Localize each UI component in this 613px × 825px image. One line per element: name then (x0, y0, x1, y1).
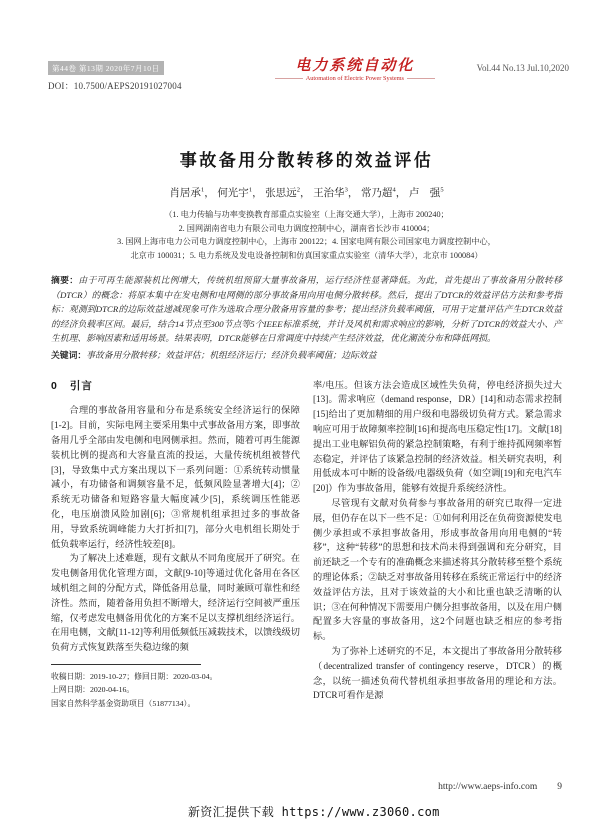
two-column-body: 0引言 合理的事故备用容量和分布是系统安全经济运行的保障[1-2]。目前，实际电… (51, 378, 562, 711)
journal-name-en: Automation of Electric Power Systems (306, 75, 404, 82)
left-column: 0引言 合理的事故备用容量和分布是系统安全经济运行的保障[1-2]。目前，实际电… (51, 378, 300, 711)
issue-info-en: Vol.44 No.13 Jul.10,2020 (477, 63, 569, 73)
paragraph: 率/电压。但该方法会造成区域性失负荷，停电经济损失过大[13]。需求响应（dem… (313, 378, 562, 496)
header-left: 第44卷 第13期 2020年7月10日 DOI：10.7500/AEPS201… (48, 58, 233, 92)
section-heading: 0引言 (51, 379, 300, 394)
journal-name-en-row: Automation of Electric Power Systems (275, 75, 435, 82)
journal-page: 第44卷 第13期 2020年7月10日 DOI：10.7500/AEPS201… (0, 0, 613, 825)
article-title: 事故备用分散转移的效益评估 (51, 146, 562, 171)
journal-name-cn: 电力系统自动化 (275, 58, 435, 74)
keywords-text: 事故备用分散转移；效益评估；机组经济运行；经济负载率阈值；边际效益 (86, 350, 376, 360)
affiliations: （1. 电力传输与功率变换教育部重点实验室（上海交通大学），上海市 200240… (51, 208, 562, 262)
author: 肖居承1， (169, 188, 214, 199)
keywords-label: 关键词： (51, 350, 86, 360)
page-number: 9 (557, 782, 562, 792)
right-column: 率/电压。但该方法会造成区域性失负荷，停电经济损失过大[13]。需求响应（dem… (313, 378, 562, 711)
affiliation-line: 3. 国网上海市电力公司电力调度控制中心，上海市 200122；4. 国家电网有… (51, 235, 562, 249)
footnote-block: 收稿日期：2019-10-27；修回日期：2020-03-04。 上网日期：20… (51, 664, 300, 711)
doi: DOI：10.7500/AEPS20191027004 (48, 79, 233, 92)
author-line: 肖居承1， 何光宇1， 张思远2， 王治华3， 常乃超4， 卢 强5 (51, 185, 562, 200)
section-title: 引言 (70, 380, 93, 392)
paragraph: 合理的事故备用容量和分布是系统安全经济运行的保障[1-2]。目前，实际电网主要采… (51, 403, 300, 551)
affiliation-line: （1. 电力传输与功率变换教育部重点实验室（上海交通大学），上海市 200240… (51, 208, 562, 222)
abstract-label: 摘要： (51, 275, 78, 285)
watermark-download-link[interactable]: 新资汇提供下载 https://www.z3060.com (188, 803, 440, 820)
abstract-text: 由于可再生能源装机比例增大，传统机组预留大量事故备用，运行经济性显著降低。为此，… (51, 275, 562, 343)
footnote-rule (51, 664, 201, 665)
affiliation-line: 北京市 100031；5. 电力系统及发电设备控制和仿真国家重点实验室（清华大学… (51, 249, 562, 263)
article-body: 事故备用分散转移的效益评估 肖居承1， 何光宇1， 张思远2， 王治华3， 常乃… (51, 146, 562, 710)
paragraph: 为了弥补上述研究的不足，本文提出了事故备用分散转移（decentralized … (313, 644, 562, 703)
footnote-received-date: 收稿日期：2019-10-27；修回日期：2020-03-04。 (51, 670, 300, 684)
journal-url-link[interactable]: http://www.aeps-info.com (438, 782, 537, 792)
divider-line (407, 78, 435, 79)
paragraph: 为了解决上述难题，现有文献从不同角度展开了研究。在发电侧备用优化管理方面，文献[… (51, 551, 300, 655)
paragraph: 尽管现有文献对负荷参与事故备用的研究已取得一定进展，但仍存在以下一些不足：①如何… (313, 496, 562, 644)
divider-line (275, 78, 303, 79)
journal-header: 第44卷 第13期 2020年7月10日 DOI：10.7500/AEPS201… (48, 58, 569, 92)
footnote-funding: 国家自然科学基金资助项目（51877134）。 (51, 697, 300, 711)
author: 卢 强5 (409, 188, 444, 199)
issue-info-cn: 第44卷 第13期 2020年7月10日 (48, 61, 164, 75)
affiliation-line: 2. 国网湖南省电力有限公司电力调度控制中心，湖南省长沙市 410004； (51, 222, 562, 236)
author: 常乃超4， (361, 188, 406, 199)
author: 王治华3， (313, 188, 358, 199)
abstract: 摘要：由于可再生能源装机比例增大，传统机组预留大量事故备用，运行经济性显著降低。… (51, 273, 562, 346)
keywords: 关键词：事故备用分散转移；效益评估；机组经济运行；经济负载率阈值；边际效益 (51, 348, 562, 363)
author: 张思远2， (265, 188, 310, 199)
section-number: 0 (51, 380, 57, 392)
journal-logo: 电力系统自动化 Automation of Electric Power Sys… (275, 58, 435, 82)
author: 何光宇1， (217, 188, 262, 199)
footnote-online-date: 上网日期：2020-04-16。 (51, 683, 300, 697)
page-footer: http://www.aeps-info.com 9 (51, 782, 562, 792)
